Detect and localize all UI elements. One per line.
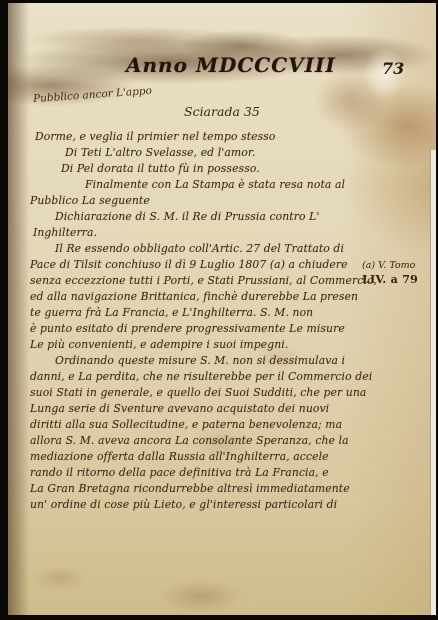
parchment-page: Anno MDCCCVIII 73 Pubblico ancor L'appo … xyxy=(8,3,436,615)
manuscript-line: un' ordine di cose più Lieto, e gl'inter… xyxy=(30,497,398,513)
manuscript-line: Lunga serie di Sventure avevano acquista… xyxy=(30,401,398,417)
manuscript-line: Finalmente con La Stampa è stata resa no… xyxy=(85,177,398,193)
manuscript-text-block: Dorme, e veglia il primier nel tempo ste… xyxy=(30,129,398,513)
manuscript-line: danni, e La perdita, che ne risulterebbe… xyxy=(30,369,398,385)
manuscript-line: è punto esitato di prendere progressivam… xyxy=(30,321,398,337)
manuscript-line: Pace di Tilsit conchiuso il dì 9 Luglio … xyxy=(30,257,398,273)
manuscript-line: Pubblico La seguente xyxy=(30,193,398,209)
manuscript-line: Ordinando queste misure S. M. non si des… xyxy=(55,353,398,369)
manuscript-line: senza eccezzione tutti i Porti, e Stati … xyxy=(30,273,398,289)
manuscript-line: rando il ritorno della pace definitiva t… xyxy=(30,465,398,481)
manuscript-line: Dichiarazione di S. M. il Re di Prussia … xyxy=(55,209,398,225)
manuscript-line: allora S. M. aveva ancora La consolante … xyxy=(30,433,398,449)
year-heading: Anno MDCCCVIII xyxy=(126,53,336,77)
manuscript-line: Il Re essendo obbligato coll'Artic. 27 d… xyxy=(55,241,398,257)
charade-heading: Sciarada 35 xyxy=(184,104,260,119)
page-edge xyxy=(430,150,436,615)
manuscript-photo: Anno MDCCCVIII 73 Pubblico ancor L'appo … xyxy=(0,0,438,620)
manuscript-line: Di Teti L'altro Svelasse, ed l'amor. xyxy=(65,145,398,161)
manuscript-line: mediazione offerta dalla Russia all'Ingh… xyxy=(30,449,398,465)
manuscript-line: diritti alla sua Sollecitudine, e patern… xyxy=(30,417,398,433)
margin-note-reference: (a) V. Tomo xyxy=(362,259,436,273)
manuscript-line: Dorme, e veglia il primier nel tempo ste… xyxy=(35,129,398,145)
manuscript-line: te guerra frà La Francia, e L'Inghilterr… xyxy=(30,305,398,321)
manuscript-line: Inghilterra. xyxy=(33,225,398,241)
carryover-line: Pubblico ancor L'appo xyxy=(33,85,153,105)
manuscript-line: ed alla navigazione Brittanica, finchè d… xyxy=(30,289,398,305)
manuscript-line: Di Pel dorata il tutto fù in possesso. xyxy=(61,161,398,177)
folio-number: 73 xyxy=(382,59,404,78)
manuscript-line: suoi Stati in generale, e quello dei Suo… xyxy=(30,385,398,401)
margin-note: (a) V. Tomo LIV. a 79 xyxy=(362,259,436,287)
manuscript-line: Le più convenienti, e adempire i suoi im… xyxy=(30,337,398,353)
manuscript-line: La Gran Bretagna ricondurrebbe altresì i… xyxy=(30,481,398,497)
margin-note-volume: LIV. a 79 xyxy=(362,273,436,287)
